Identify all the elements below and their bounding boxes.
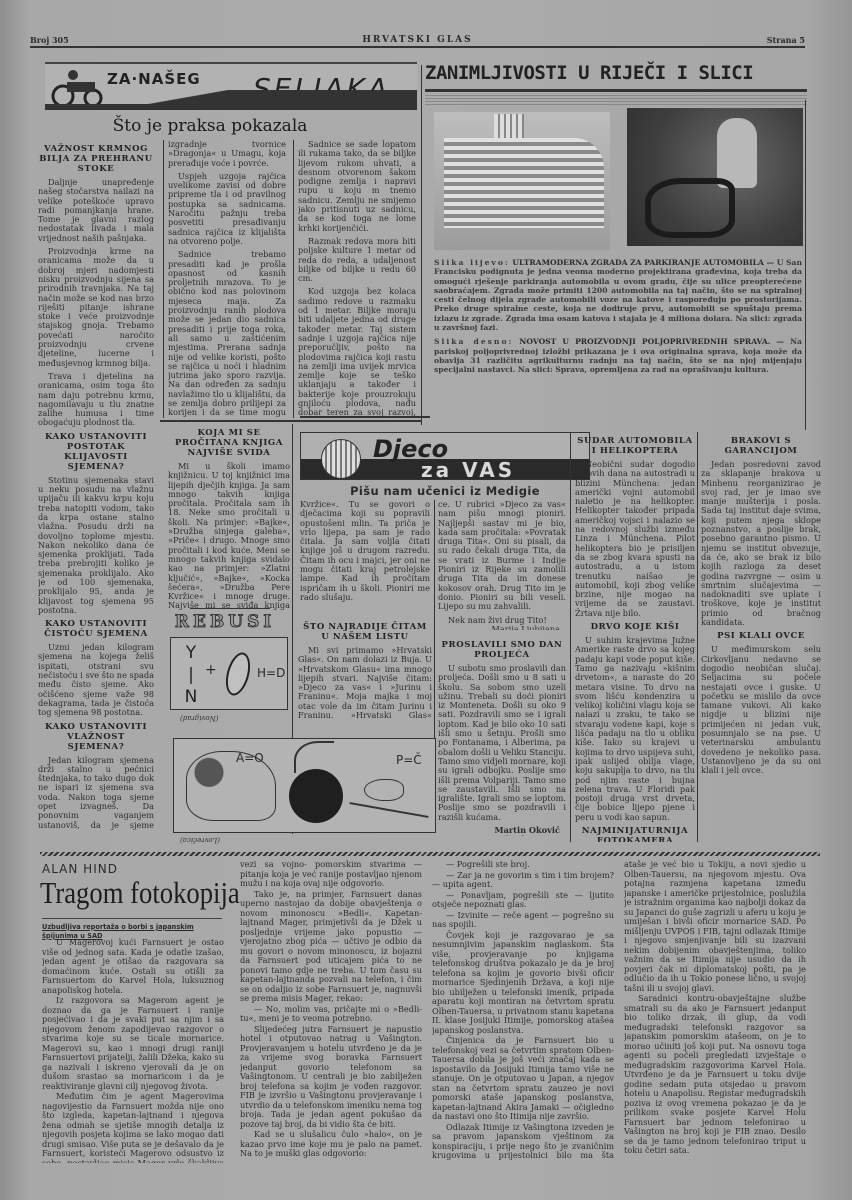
serial-author: ALAN HIND (42, 862, 118, 876)
caption-left: Slika lijevo: ULTRAMODERNA ZGRADA ZA PAR… (434, 258, 802, 332)
author-name: Marija Ljubijana (438, 625, 566, 630)
serial-column-1: U Magerovoj kući Farnsuert je ostao više… (42, 938, 224, 1163)
author-grade: učenik IV. raz. (438, 835, 566, 836)
section-divider (300, 416, 430, 418)
seljak-column-1: VAŽNOST KRMNOG BILJA ZA PREHRANU STOKE D… (38, 140, 154, 830)
letter-mila-penko: Kvržice«. Tu se govori o dječacima koji … (300, 500, 430, 604)
person-graphic (717, 118, 757, 188)
subhead-vlaznost: KAKO USTANOVITI VLAŽNOST SJEMENA? (38, 722, 154, 752)
paragraph: Trava i djetelina na oranicama, osim tog… (38, 372, 154, 428)
column-divider (570, 432, 571, 842)
seljak-column-2: izgradnje tvornice »Dragonja« u Umagu, k… (168, 140, 286, 418)
subhead-krmno-bilje: VAŽNOST KRMNOG BILJA ZA PREHRANU STOKE (38, 144, 154, 174)
rebus-equation: P=Č (396, 753, 422, 767)
paragraph: Sadnice trebamo presaditi kad je prošla … (168, 250, 286, 418)
subhead-fotokamera: NAJMINIJATURNIJA FOTOKAMERA (575, 826, 695, 842)
photo-agricultural-machine (627, 108, 803, 246)
zanimljivosti-banner: ZANIMLJIVOSTI U RIJEČI I SLICI (425, 62, 807, 92)
zigzag-divider (40, 852, 820, 856)
rebus-2-answer: (Lovrečica) (180, 836, 220, 844)
section-divider (160, 420, 422, 422)
seljak-column-3: Sadnice se sade lopatom ili rukama tako,… (298, 140, 416, 418)
melon-icon (321, 439, 361, 479)
rebusi-title: REBUSI (165, 612, 285, 632)
plus-sign: + (205, 662, 217, 678)
newspaper-title: HRVATSKI GLAS (30, 35, 805, 45)
paragraph: izgradnje tvornice »Dragonja« u Umagu, k… (168, 140, 286, 168)
paragraph: ataše je već bio u Tokiju, a novi sjedio… (624, 860, 806, 993)
paragraph: Činjenica da je Farnsuert bio u telefons… (432, 1036, 614, 1122)
subhead-brakovi: BRAKOVI S GARANCIJOM (701, 436, 821, 456)
photo-captions: Slika lijevo: ULTRAMODERNA ZGRADA ZA PAR… (434, 258, 802, 380)
running-header: Broj 305 HRVATSKI GLAS Strana 5 (30, 30, 805, 48)
paragraph: Uspjeh uzgoja rajčica uvelikome zavisi o… (168, 172, 286, 246)
paragraph: Proizvodnja krme na oranicama može da u … (38, 247, 154, 368)
djeco-za-vas-banner: Djeco za VAS (300, 432, 590, 480)
rebus-2: A=O P=Č (173, 738, 436, 833)
beet-icon (289, 769, 343, 823)
seljak-banner: ZA·NAŠEG SELJAKA (45, 62, 417, 110)
paragraph: Neobični sudar dogodio se ovih dana na a… (575, 460, 695, 618)
newspaper-page: Broj 305 HRVATSKI GLAS Strana 5 ZA·NAŠEG… (0, 0, 852, 1200)
dialogue-line: — Zar ja ne govorim s tim i tim brojem? … (432, 871, 614, 890)
paragraph: Kod uzgoja bez kolaca sadimo redove u ra… (298, 287, 416, 418)
paragraph: Tako je, na primjer, Farnsuert danas upe… (240, 890, 422, 1004)
short-news-column-1: SUDAR AUTOMOBILA I HELIKOPTERA Neobični … (575, 432, 695, 842)
paragraph: Međutim čim je agent Magerovima nagovije… (42, 1092, 224, 1163)
rebus-equation: A=O (236, 751, 264, 765)
photo-parking-garage (434, 112, 610, 250)
paragraph: — No, molim vas, pričajte mi o »Bedli-tu… (240, 1005, 422, 1024)
paragraph: Saradnici kontru-obavještajne službe sma… (624, 994, 806, 1156)
subhead-klijavost: KAKO USTANOVITI POSTOTAK KLIJAVOSTI SJEM… (38, 432, 154, 472)
bean-icon (222, 650, 255, 698)
dialogue-line: — Pogrešili ste broj. (432, 860, 614, 870)
subhead-cistoca: KAKO USTANOVITI ČISTOĆU SJEMENA (38, 619, 154, 639)
rebus-1: Y | N + H=D (170, 637, 288, 710)
column-divider (421, 65, 422, 425)
serial-subtitle: Uzbudljiva reportaža o borbi s japanskim… (42, 918, 222, 940)
dialogue-line: — Ponavljam, pogrešili ste — ljutito ots… (432, 891, 614, 910)
paragraph: U Magerovoj kući Farnsuert je ostao više… (42, 938, 224, 995)
paragraph: ce. U rubrici »Djeco za vas« nam pišu mn… (438, 500, 566, 612)
page-number: Strana 5 (767, 35, 805, 45)
paragraph: U suhim krajevima Južne Amerike raste dr… (575, 636, 695, 822)
subhead-najradije: ŠTO NAJRADIJE ČITAM U NAŠEM LISTU (298, 622, 432, 642)
paragraph: U subotu smo proslavili dan proljeća. Do… (438, 664, 566, 822)
paragraph: Odlazak Itimije iz Vašingtona izveden je… (432, 1123, 614, 1161)
paragraph: Čovjek koji je razgovarao je sa nesumnji… (432, 931, 614, 1036)
column-divider (163, 140, 164, 418)
rebus-1-answer: (Novigrad) (180, 714, 218, 722)
paragraph: Razmak redova mora biti poljske kulture … (298, 237, 416, 283)
banner-za-nasheg: ZA·NAŠEG (107, 70, 201, 88)
serial-column-4: ataše je već bio u Tokiju, a novi sjedio… (624, 860, 806, 1160)
bird-icon (364, 779, 404, 801)
paragraph: Daljnje unapređenje našeg stočarstva nai… (38, 178, 154, 243)
column-divider (805, 100, 806, 430)
subhead-sudar: SUDAR AUTOMOBILA I HELIKOPTERA (575, 436, 695, 456)
serial-column-3: — Pogrešili ste broj. — Zar ja ne govori… (432, 860, 614, 1160)
ornament-rule (190, 608, 270, 609)
djeco-subtitle: Pišu nam učenici iz Medigie (300, 484, 590, 498)
column-divider (293, 140, 294, 418)
paragraph: Jedan kilogram sjemena drži stalno u peć… (38, 756, 154, 830)
subhead-psi: PSI KLALI OVCE (701, 631, 821, 641)
seljak-headline: Što je praksa pokazala (0, 116, 420, 136)
machine-graphic (645, 178, 735, 238)
dialogue-line: — Izvinite — reče agent — pogrešno su na… (432, 911, 614, 930)
paragraph: Kad se u slušalicu čulo »halo«, on je ka… (240, 1130, 422, 1159)
paragraph: Uzmi jedan kilogram sjemena na kojega že… (38, 643, 154, 717)
paragraph: Iz razgovora sa Magerom agent je doznao … (42, 996, 224, 1091)
banner-za-vas: za VAS (421, 458, 515, 480)
subhead-drvo: DRVO KOJE KIŠI (575, 622, 695, 632)
paragraph: vezi sa vojno- pomorskim stvarima — pita… (240, 860, 422, 889)
paragraph: Kvržice«. Tu se govori o dječacima koji … (300, 500, 430, 602)
letter-marija-ljubijana: ce. U rubrici »Djeco za vas« nam pišu mn… (438, 500, 566, 630)
serial-title: Tragom fotokopija (40, 875, 240, 911)
rebus-letters: Y | N (181, 642, 201, 708)
building-graphic (444, 138, 604, 228)
paragraph: Slijedećeg jutra Farnsuert je napustio h… (240, 1025, 422, 1130)
rebus-equation: H=D (257, 666, 285, 680)
banner-ground-decoration (45, 90, 417, 104)
article-najradije: ŠTO NAJRADIJE ČITAM U NAŠEM LISTU Mi svi… (298, 618, 432, 718)
branch-icon (349, 802, 428, 818)
banner-rule-lines (425, 95, 807, 107)
caption-right: Slika desno: NOVOST U PROIZVODNJI POLJOP… (434, 337, 802, 374)
article-proslavili: PROSLAVILI SMO DAN PROLJEĆA U subotu smo… (438, 636, 566, 836)
paragraph: Jedan posredovni zavod za sklapanje brak… (701, 460, 821, 627)
paragraph: Sadnice se sade lopatom ili rukama tako,… (298, 140, 416, 233)
serial-column-2: vezi sa vojno- pomorskim stvarima — pita… (240, 860, 422, 1160)
column-divider (697, 432, 698, 842)
article-knjiga: KOJA MI SE PROČITANA KNJIGA NAJVIŠE SVID… (168, 424, 290, 610)
short-news-column-2: BRAKOVI S GARANCIJOM Jedan posredovni za… (701, 432, 821, 842)
paragraph: U međimurskom selu Cirkovljanu nedavno s… (701, 645, 821, 775)
paragraph: Mi u školi imamo knjižnicu. U toj knjižn… (168, 462, 290, 610)
subhead-knjiga: KOJA MI SE PROČITANA KNJIGA NAJVIŠE SVID… (168, 428, 290, 458)
paragraph: Stotinu sjemenaka stavi u neku posudu na… (38, 476, 154, 615)
subhead-proslavili: PROSLAVILI SMO DAN PROLJEĆA (438, 640, 566, 660)
paragraph: Mi svi primamo »Hrvatski Glas«. On nam d… (298, 646, 432, 718)
